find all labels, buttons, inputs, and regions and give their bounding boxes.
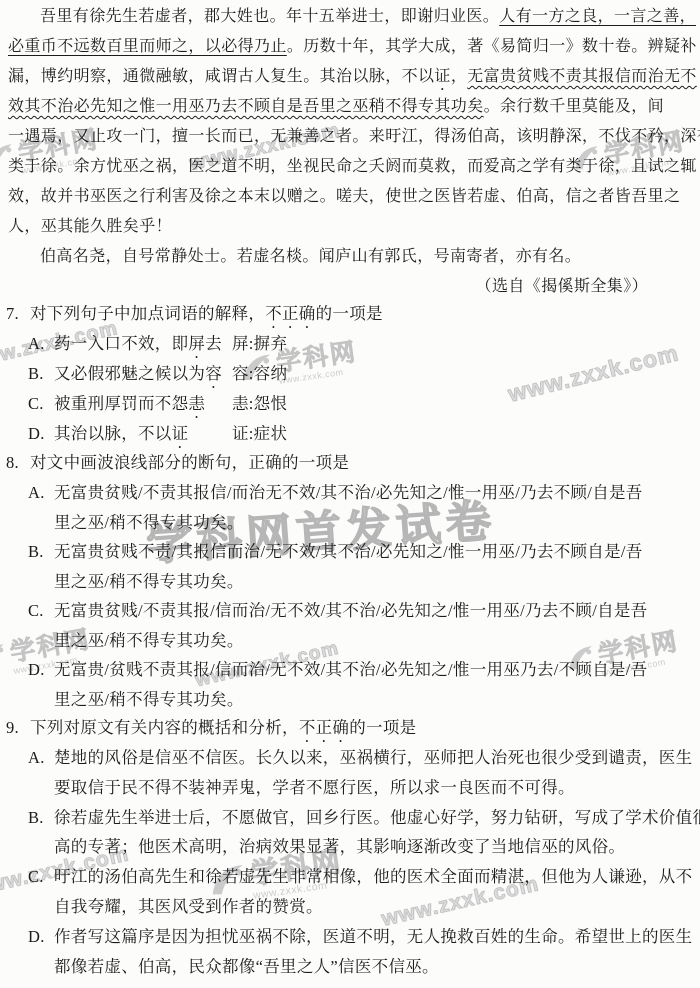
option-text: 被重刑厚罚而不怨 [54, 394, 188, 413]
q9-option-b: B.徐若虚先生举进士后，不愿做官，回乡行医。他虚心好学，努力钻研，写成了学术价值… [28, 803, 696, 863]
question-number: 9. [6, 713, 30, 743]
passage-text: 漏，博约明察，通微融敏，咸谓古人复生。其治以脉，不以 [8, 68, 434, 85]
option-line: 要取信于民不得不装神弄鬼，学者不愿行医，所以求一良医而不可得。 [28, 773, 696, 803]
passage-line-3: 漏，博约明察，通微融敏，咸谓古人复生。其治以脉，不以证，无富贵贫贱不责其报信而治… [8, 62, 694, 92]
q8-option-c: C.无富贵贫贱/不责其报/信而治/无不效/其不治/必先知之/惟一用巫/乃去不顾/… [28, 596, 696, 655]
dotted-char: 容 [205, 364, 222, 383]
passage-line-8: 人，巫其能久胜矣乎！ [8, 212, 694, 242]
question-7: 7.对下列句子中加点词语的解释，不正确的一项是 A.药一入口不效，即屏去屏:摒弃… [6, 299, 696, 449]
option-line: C.无富贵贫贱/不责其报/信而治/无不效/其不治/必先知之/惟一用巫/乃去不顾/… [28, 596, 696, 626]
passage-line-7: 效，故并书巫医之行利害及徐之本末以赠之。嗟夫，使世之医皆若虚、伯高，信之者皆吾里… [8, 182, 694, 212]
stem-text: 对下列句子中加点词语的解释， [30, 304, 265, 323]
option-label: B. [28, 359, 54, 389]
option-label: A. [28, 478, 54, 508]
option-label: D. [28, 922, 54, 952]
question-number: 8. [6, 448, 30, 478]
passage-text: ， [451, 68, 467, 85]
question-9-stem: 9.下列对原文有关内容的概括和分析，不正确的一项是 [6, 713, 696, 743]
q7-option-b: B.又必假邪魅之候以为容容:容纳 [28, 359, 696, 389]
option-line: 高的专著；他医术高明，治病效果显著，其影响逐渐改变了当地信巫的风俗。 [28, 832, 696, 862]
passage-source: （选自《揭傒斯全集》） [8, 272, 694, 302]
option-line: B.徐若虚先生举进士后，不愿做官，回乡行医。他虚心好学，努力钻研，写成了学术价值… [28, 803, 696, 833]
passage-note: 伯高名尧，自号常静处士。若虚名棪。闻庐山有郭氏，号南寄者，亦有名。 [8, 242, 694, 272]
dotted-text: 不正确 [265, 304, 315, 323]
option-label: C. [28, 862, 54, 892]
underlined-text: 必重币不远数百里而师之，以必得乃止 [8, 38, 287, 55]
stem-text: 的一项是 [349, 718, 416, 737]
q7-option-d: D.其治以脉，不以证证:症状 [28, 419, 696, 449]
passage-text: 。余行数千里莫能及，间 [484, 98, 664, 115]
option-text: 旴江的汤伯高先生和徐若虚先生非常相像，他的医术全面而精湛，但他为人谦逊，从不 [54, 867, 692, 886]
option-line: 里之巫/稍不得专其功矣。 [28, 508, 696, 538]
option-line: A.无富贵贫贱/不责其报信/而治无不效/其不治/必先知之/惟一用巫/乃去不顾/自… [28, 478, 696, 508]
question-8-stem: 8.对文中画波浪线部分的断句，正确的一项是 [6, 448, 696, 478]
classical-passage: 吾里有徐先生若虚者，郡大姓也。年十五举进士，即谢归业医。人有一方之良，一言之善，… [8, 0, 694, 302]
option-text: 无富贵贫贱不责/其报信而治/无不效/其不治/必先知之/惟一用巫/乃去不顾自是/吾 [54, 542, 643, 561]
underlined-text: 人有一方之良，一言之善， [499, 8, 696, 25]
option-gloss: 容:容纳 [232, 359, 287, 389]
option-text: 药一入口不效，即 [54, 334, 188, 353]
q7-option-a: A.药一入口不效，即屏去屏:摒弃 [28, 329, 696, 359]
stem-text: 的一项是 [316, 304, 383, 323]
option-line: 里之巫/稍不得专其功矣。 [28, 626, 696, 656]
option-text: 其治以脉，不以 [54, 424, 172, 443]
option-line: D.无富贵/贫贱不责其报/信而治/无不效/其不治/必先知之/惟一用巫乃去/不顾自… [28, 655, 696, 685]
dotted-text: 不正确 [299, 718, 349, 737]
option-gloss: 证:症状 [232, 419, 287, 449]
q8-option-a: A.无富贵贫贱/不责其报信/而治无不效/其不治/必先知之/惟一用巫/乃去不顾/自… [28, 478, 696, 537]
wavy-underlined-text: 效其不治必先知之惟一用巫乃去不顾自是吾里之巫稍不得专其功矣 [8, 98, 484, 115]
option-label: B. [28, 803, 54, 833]
passage-line-5: 一遇焉，又止攻一门，擅一长而已，无兼善之者。来旴江，得汤伯高，该明静深，不伐不矜… [8, 122, 694, 152]
option-label: D. [28, 655, 54, 685]
passage-line-6: 类于徐。余方忧巫之祸，医之道不明，坐视民命之夭阏而莫救，而爱高之学有类于徐，且试… [8, 152, 694, 182]
passage-text: 。历数十年，其学大成，著《易简归一》数十卷。辨疑补 [287, 38, 697, 55]
option-text: 无富贵/贫贱不责其报/信而治/无不效/其不治/必先知之/惟一用巫乃去/不顾自是/… [54, 660, 647, 679]
option-label: A. [28, 743, 54, 773]
dotted-char: 证 [172, 424, 189, 443]
exam-paper-page: 学科网 www.zxxk.com www.zxxk.com 学科网 www.zx… [0, 0, 700, 988]
question-8: 8.对文中画波浪线部分的断句，正确的一项是 A.无富贵贫贱/不责其报信/而治无不… [6, 448, 696, 714]
stem-text: 对文中画波浪线部分的断句，正确的一项是 [30, 453, 349, 472]
q9-option-d: D.作者写这篇序是因为担忧巫祸不除，医道不明，无人挽救百姓的生命。希望世上的医生… [28, 922, 696, 982]
option-line: 里之巫/稍不得专其功矣。 [28, 567, 696, 597]
option-text: 无富贵贫贱/不责其报/信而治/无不效/其不治/必先知之/惟一用巫/乃去不顾/自是… [54, 601, 647, 620]
option-line: 自我夸耀，其医风受到作者的赞赏。 [28, 892, 696, 922]
q8-option-b: B.无富贵贫贱不责/其报信而治/无不效/其不治/必先知之/惟一用巫/乃去不顾自是… [28, 537, 696, 596]
dotted-char: 屏 [188, 334, 205, 353]
q9-option-c: C.旴江的汤伯高先生和徐若虚先生非常相像，他的医术全面而精湛，但他为人谦逊，从不… [28, 862, 696, 922]
dotted-char: 证 [434, 68, 450, 85]
option-text: 作者写这篇序是因为担忧巫祸不除，医道不明，无人挽救百姓的生命。希望世上的医生 [54, 927, 692, 946]
passage-text: 吾里有徐先生若虚者，郡大姓也。年十五举进士，即谢归业医。 [40, 8, 499, 25]
wavy-underlined-text: 无富贵贫贱不责其报信而治无不 [467, 68, 697, 85]
option-gloss: 屏:摒弃 [232, 329, 287, 359]
stem-text: 下列对原文有关内容的概括和分析， [30, 718, 299, 737]
option-text: 楚地的风俗是信巫不信医。长久以来，巫祸横行，巫师把人治死也很少受到谴责，医生 [54, 748, 692, 767]
question-9: 9.下列对原文有关内容的概括和分析，不正确的一项是 A.楚地的风俗是信巫不信医。… [6, 713, 696, 981]
q7-option-c: C.被重刑厚罚而不怨恚恚:怨恨 [28, 389, 696, 419]
option-line: 都像若虚、伯高，民众都像“吾里之人”信医不信巫。 [28, 952, 696, 982]
question-number: 7. [6, 299, 30, 329]
option-gloss: 恚:怨恨 [232, 389, 287, 419]
option-line: C.旴江的汤伯高先生和徐若虚先生非常相像，他的医术全面而精湛，但他为人谦逊，从不 [28, 862, 696, 892]
option-label: C. [28, 389, 54, 419]
passage-line-4: 效其不治必先知之惟一用巫乃去不顾自是吾里之巫稍不得专其功矣。余行数千里莫能及，间 [8, 92, 694, 122]
option-text: 徐若虚先生举进士后，不愿做官，回乡行医。他虚心好学，努力钻研，写成了学术价值很 [54, 808, 700, 827]
passage-line-2: 必重币不远数百里而师之，以必得乃止。历数十年，其学大成，著《易简归一》数十卷。辨… [8, 32, 694, 62]
option-text: 又必假邪魅之候以为 [54, 364, 205, 383]
passage-line-1: 吾里有徐先生若虚者，郡大姓也。年十五举进士，即谢归业医。人有一方之良，一言之善， [8, 2, 694, 32]
dotted-char: 恚 [188, 394, 205, 413]
option-label: C. [28, 596, 54, 626]
option-line: B.无富贵贫贱不责/其报信而治/无不效/其不治/必先知之/惟一用巫/乃去不顾自是… [28, 537, 696, 567]
option-line: A.楚地的风俗是信巫不信医。长久以来，巫祸横行，巫师把人治死也很少受到谴责，医生 [28, 743, 696, 773]
q9-option-a: A.楚地的风俗是信巫不信医。长久以来，巫祸横行，巫师把人治死也很少受到谴责，医生… [28, 743, 696, 803]
option-label: B. [28, 537, 54, 567]
option-label: A. [28, 329, 54, 359]
option-text: 去 [205, 334, 222, 353]
option-line: D.作者写这篇序是因为担忧巫祸不除，医道不明，无人挽救百姓的生命。希望世上的医生 [28, 922, 696, 952]
option-label: D. [28, 419, 54, 449]
q8-option-d: D.无富贵/贫贱不责其报/信而治/无不效/其不治/必先知之/惟一用巫乃去/不顾自… [28, 655, 696, 714]
question-7-stem: 7.对下列句子中加点词语的解释，不正确的一项是 [6, 299, 696, 329]
option-text: 无富贵贫贱/不责其报信/而治无不效/其不治/必先知之/惟一用巫/乃去不顾/自是吾 [54, 483, 643, 502]
option-line: 里之巫/稍不得专其功矣。 [28, 685, 696, 715]
